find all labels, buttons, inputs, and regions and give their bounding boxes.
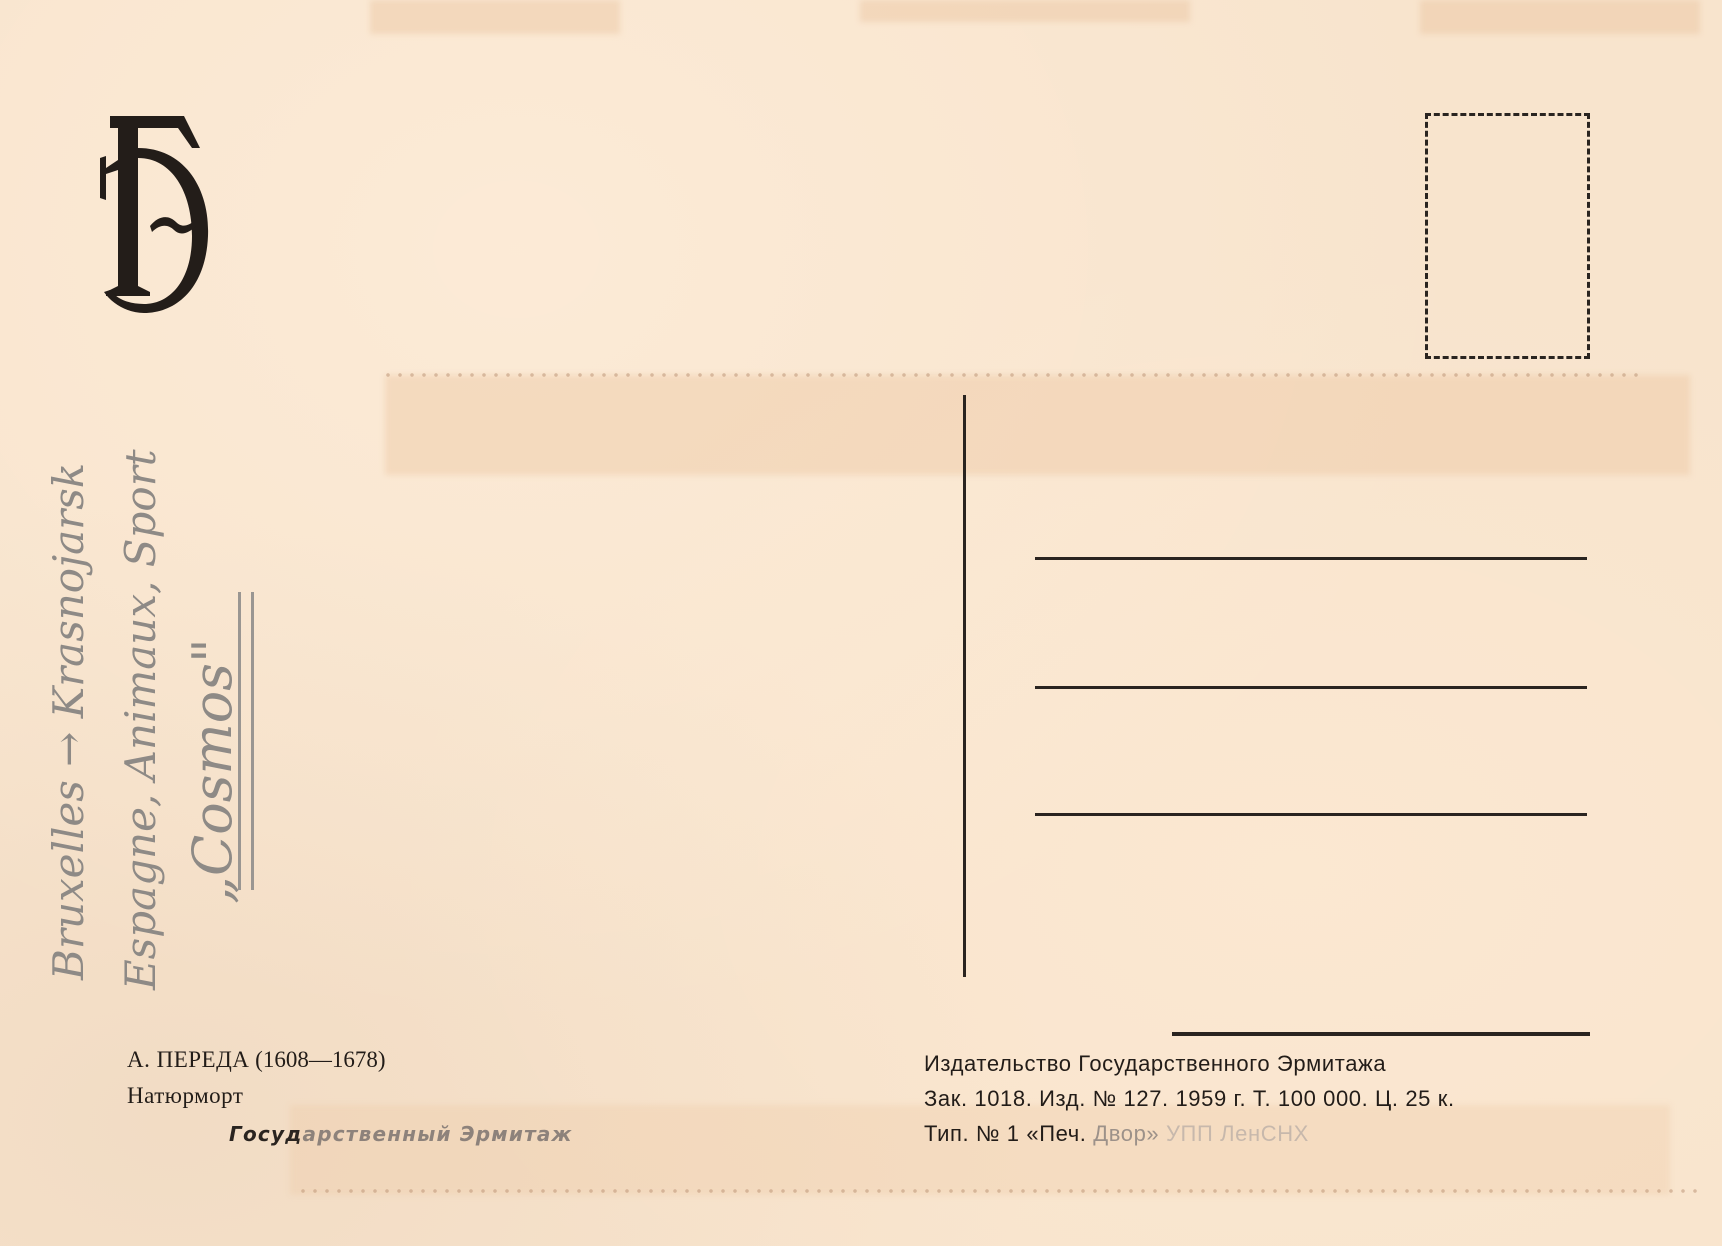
vertical-divider: [963, 395, 966, 977]
publisher-name: Издательство Государственного Эрмитажа: [924, 1046, 1455, 1081]
glue-stain: [370, 0, 620, 34]
printer-info: Тип. № 1 «Печ. Двор» УПП ЛенСНХ: [924, 1116, 1455, 1151]
address-line: [1035, 686, 1587, 689]
perforation-impression: [300, 1188, 1700, 1194]
address-line: [1035, 557, 1587, 560]
perforation-impression: [385, 372, 1645, 378]
artwork-title: Натюрморт: [127, 1078, 573, 1114]
glue-stain: [860, 0, 1190, 22]
artist-name: А. ПЕРЕДА: [127, 1047, 249, 1072]
handwriting-series: „Cosmos": [186, 632, 240, 910]
glue-stain-band: [385, 375, 1690, 475]
museum-name: Государственный Эрмитаж: [229, 1119, 573, 1150]
double-underline: [238, 592, 254, 890]
address-line: [1035, 813, 1587, 816]
handwriting-route: Bruxelles → Krasnojarsk: [48, 270, 90, 980]
glue-stain: [1420, 0, 1700, 34]
artwork-caption: А. ПЕРЕДА (1608—1678) Натюрморт Государс…: [127, 1042, 573, 1150]
pencil-annotation: Bruxelles → Krasnojarsk Espagne, Animaux…: [48, 270, 240, 990]
imprint-rule: [1172, 1032, 1590, 1036]
stamp-placeholder-box: [1425, 113, 1590, 359]
publisher-imprint: Издательство Государственного Эрмитажа З…: [924, 1046, 1455, 1152]
order-info: Зак. 1018. Изд. № 127. 1959 г. Т. 100 00…: [924, 1081, 1455, 1116]
artist-years: (1608—1678): [255, 1047, 385, 1072]
artist-line: А. ПЕРЕДА (1608—1678): [127, 1042, 573, 1078]
handwriting-topics: Espagne, Animaux, Sport: [120, 270, 162, 990]
postcard-back: Bruxelles → Krasnojarsk Espagne, Animaux…: [0, 0, 1722, 1246]
